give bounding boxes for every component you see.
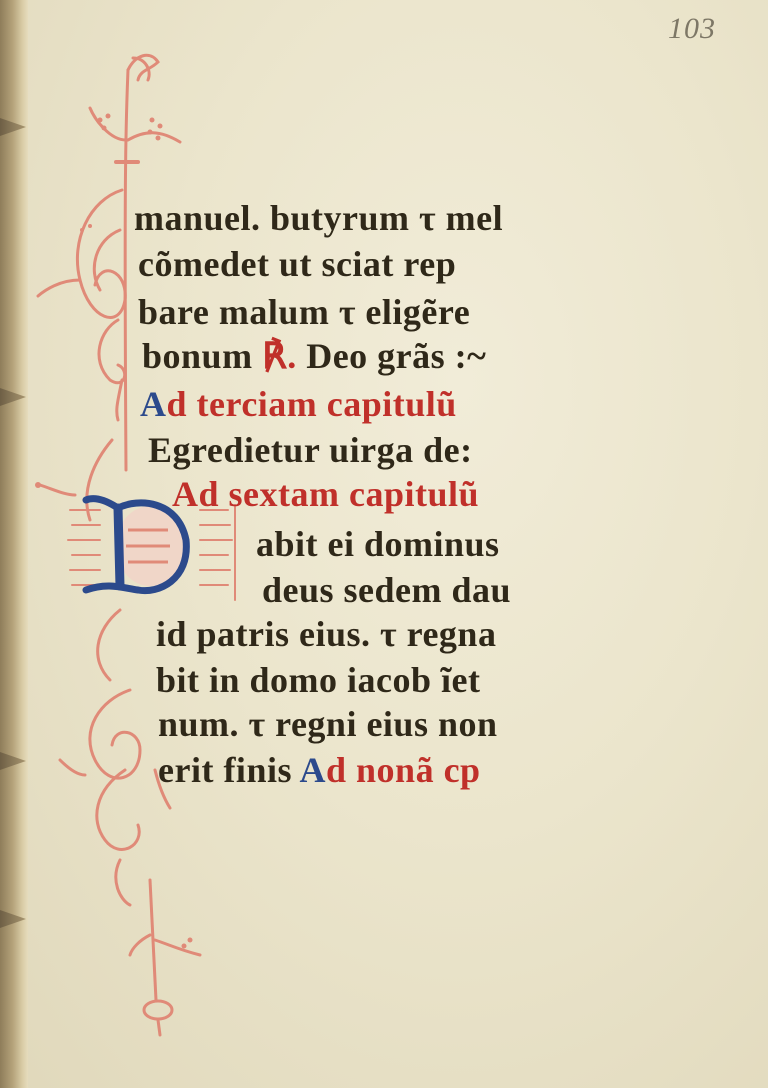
text-line-mixed: bonum ℟. Deo grãs :~ bbox=[142, 336, 486, 376]
rubric-response-mark: ℟. bbox=[262, 336, 297, 376]
text-line: id patris eius. τ regna bbox=[156, 614, 496, 654]
text-line-mixed: erit finis Ad nonã cp bbox=[158, 750, 481, 790]
text-line: num. τ regni eius non bbox=[158, 704, 498, 744]
text-line: manuel. butyrum τ mel bbox=[134, 198, 503, 238]
text-line: Egredietur uirga de: bbox=[148, 430, 473, 470]
text-line: deus sedem dau bbox=[262, 570, 511, 610]
rubric-text: d nonã cp bbox=[326, 750, 481, 790]
manuscript-page: 103 bbox=[0, 0, 768, 1088]
text-segment: Deo grãs :~ bbox=[297, 336, 487, 376]
rubric-line: Ad sextam capitulũ bbox=[172, 474, 479, 514]
text-line: bit in domo iacob ĩet bbox=[156, 660, 481, 700]
text-line: cõmedet ut sciat rep bbox=[138, 244, 456, 284]
blue-initial-a: A bbox=[140, 384, 167, 424]
text-line: bare malum τ eligẽre bbox=[138, 292, 470, 332]
text-segment: bonum bbox=[142, 336, 262, 376]
blue-initial-a: A bbox=[300, 750, 327, 790]
rubric-line: Ad terciam capitulũ bbox=[140, 384, 457, 424]
text-segment: erit finis bbox=[158, 750, 292, 790]
text-line: abit ei dominus bbox=[256, 524, 500, 564]
rubric-text: d terciam capitulũ bbox=[167, 384, 457, 424]
